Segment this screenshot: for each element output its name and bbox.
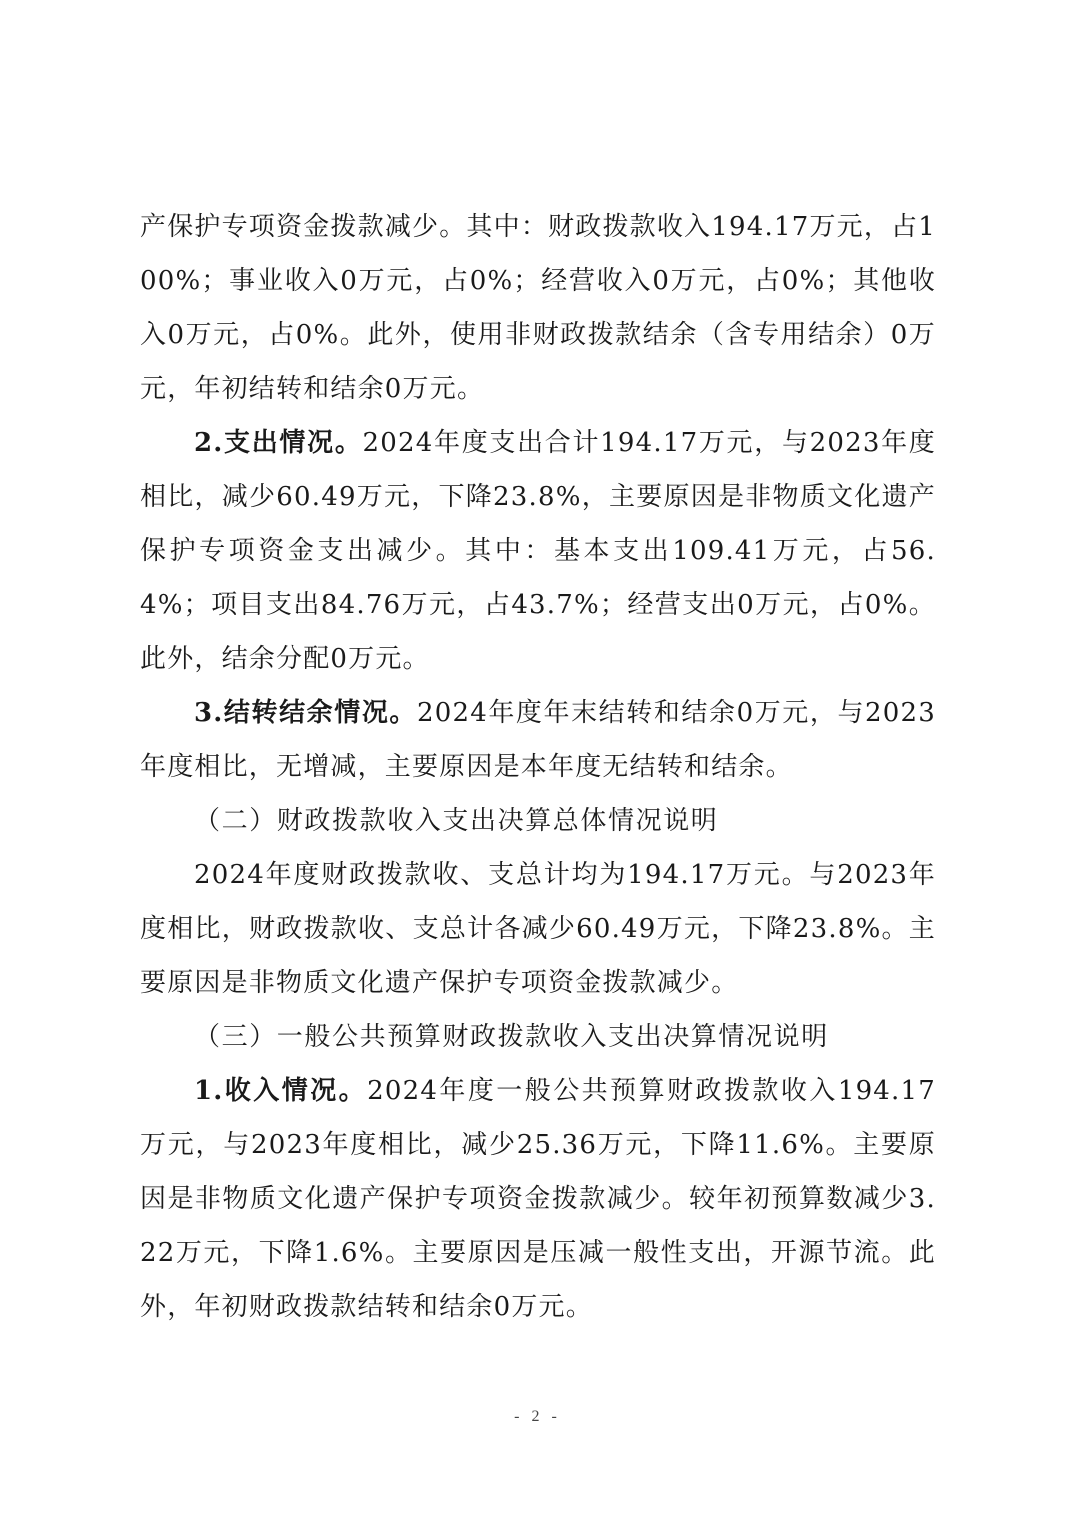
paragraph-text: 2024年度支出合计194.17万元，与2023年度相比，减少60.49万元，下…	[140, 428, 936, 674]
paragraph-section-three-income: 1.收入情况。2024年度一般公共预算财政拨款收入194.17万元，与2023年…	[140, 1064, 936, 1334]
paragraph-text: 2024年度财政拨款收、支总计均为194.17万元。与2023年度相比，财政拨款…	[140, 860, 936, 998]
paragraph-section-two: 2024年度财政拨款收、支总计均为194.17万元。与2023年度相比，财政拨款…	[140, 848, 936, 1010]
document-page: 产保护专项资金拨款减少。其中：财政拨款收入194.17万元，占100%；事业收入…	[140, 200, 936, 1334]
paragraph-income-continued: 产保护专项资金拨款减少。其中：财政拨款收入194.17万元，占100%；事业收入…	[140, 200, 936, 416]
paragraph-text: 产保护专项资金拨款减少。其中：财政拨款收入194.17万元，占100%；事业收入…	[140, 212, 936, 404]
section-heading-three: （三）一般公共预算财政拨款收入支出决算情况说明	[140, 1010, 936, 1064]
inline-heading-carryover: 3.结转结余情况。	[194, 698, 417, 728]
inline-heading-income: 1.收入情况。	[194, 1076, 367, 1106]
section-heading-two: （二）财政拨款收入支出决算总体情况说明	[140, 794, 936, 848]
page-number: - 2 -	[0, 1408, 1075, 1426]
paragraph-carryover: 3.结转结余情况。2024年度年末结转和结余0万元，与2023年度相比，无增减，…	[140, 686, 936, 794]
inline-heading-expenditure: 2.支出情况。	[194, 428, 363, 458]
paragraph-expenditure: 2.支出情况。2024年度支出合计194.17万元，与2023年度相比，减少60…	[140, 416, 936, 686]
paragraph-text: 2024年度一般公共预算财政拨款收入194.17万元，与2023年度相比，减少2…	[140, 1076, 936, 1322]
